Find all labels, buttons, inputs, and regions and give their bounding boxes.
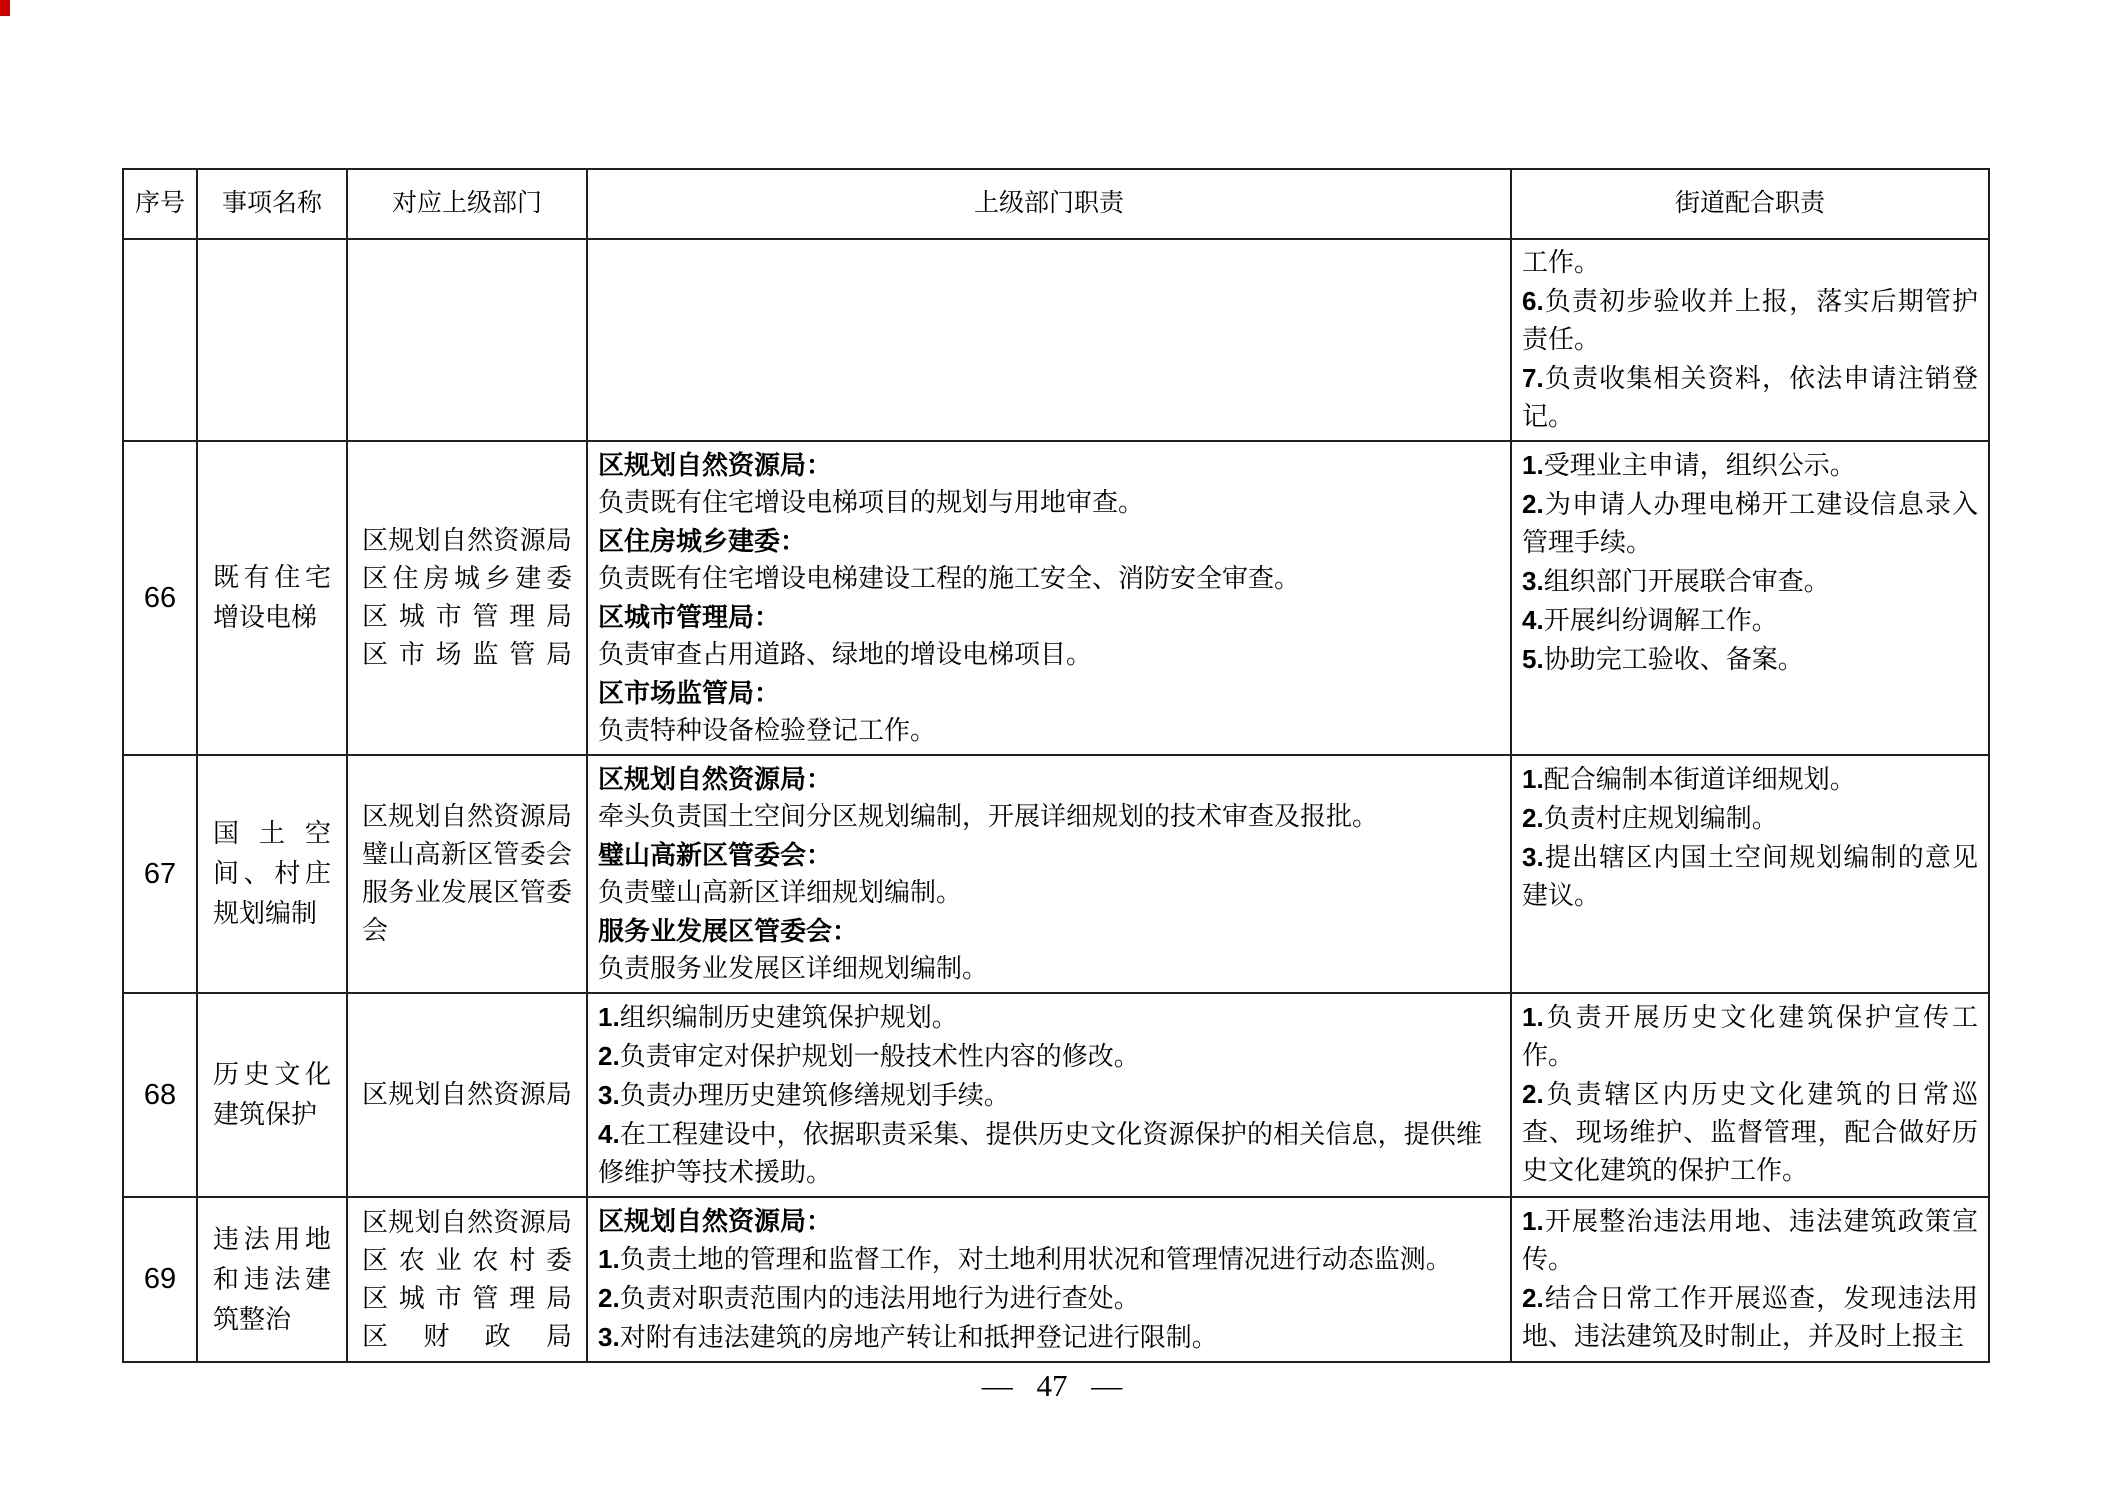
departments-cell: 区规划自然资源局区住房城乡建委区城市管理局区市场监管局 <box>347 441 587 755</box>
department-name: 区规划自然资源局 <box>362 798 572 836</box>
duty-item: 1.受理业主申请，组织公示。 <box>1522 446 1978 485</box>
duty-item-number: 1. <box>598 1002 620 1032</box>
duty-item-number: 6. <box>1522 286 1544 316</box>
duty-item-number: 5. <box>1522 644 1544 674</box>
duty-item: 2.负责村庄规划编制。 <box>1522 799 1978 838</box>
table-row: 68历史文化建筑保护区规划自然资源局1.组织编制历史建筑保护规划。2.负责审定对… <box>123 993 1989 1197</box>
duty-department-heading: 区市场监管局： <box>598 674 1482 712</box>
department-name: 璧山高新区管委会 <box>362 836 572 874</box>
duty-item: 2.负责审定对保护规划一般技术性内容的修改。 <box>598 1037 1482 1076</box>
duty-item-number: 4. <box>598 1119 620 1149</box>
duty-item: 3.组织部门开展联合审查。 <box>1522 562 1978 601</box>
duty-item-number: 3. <box>1522 566 1544 596</box>
header-superior-duties: 上级部门职责 <box>587 169 1511 239</box>
duty-item: 6.负责初步验收并上报，落实后期管护责任。 <box>1522 282 1978 359</box>
duty-item: 负责服务业发展区详细规划编制。 <box>598 950 1482 988</box>
seq-cell <box>123 239 197 441</box>
table-row: 69违法用地和违法建筑整治区规划自然资源局区农业农村委区城市管理局区财政局区规划… <box>123 1197 1989 1362</box>
duty-item: 3.负责办理历史建筑修缮规划手续。 <box>598 1076 1482 1115</box>
duty-item-number: 1. <box>1522 1002 1544 1032</box>
item-name-cell: 违法用地和违法建筑整治 <box>197 1197 347 1362</box>
duty-item: 1.开展整治违法用地、违法建筑政策宣传。 <box>1522 1202 1978 1279</box>
seq-cell: 68 <box>123 993 197 1197</box>
duty-item-number: 2. <box>598 1283 620 1313</box>
duty-item-number: 4. <box>1522 605 1544 635</box>
duty-item: 4.开展纠纷调解工作。 <box>1522 601 1978 640</box>
duty-item-number: 1. <box>1522 450 1544 480</box>
duty-item-number: 3. <box>598 1322 620 1352</box>
department-name: 区城市管理局 <box>362 598 572 636</box>
department-name: 服务业发展区管委会 <box>362 874 572 950</box>
duty-item: 工作。 <box>1522 244 1978 282</box>
department-name: 区市场监管局 <box>362 636 572 674</box>
duty-item-number: 1. <box>1522 764 1544 794</box>
department-name: 区农业农村委 <box>362 1242 572 1280</box>
duty-item: 5.协助完工验收、备案。 <box>1522 640 1978 679</box>
street-duties-cell: 1.受理业主申请，组织公示。2.为申请人办理电梯开工建设信息录入管理手续。3.组… <box>1511 441 1989 755</box>
superior-duties-cell: 区规划自然资源局：1.负责土地的管理和监督工作，对土地利用状况和管理情况进行动态… <box>587 1197 1511 1362</box>
departments-cell: 区规划自然资源局璧山高新区管委会服务业发展区管委会 <box>347 755 587 993</box>
table-header-row: 序号 事项名称 对应上级部门 上级部门职责 街道配合职责 <box>123 169 1989 239</box>
departments-cell: 区规划自然资源局 <box>347 993 587 1197</box>
superior-duties-cell: 区规划自然资源局：负责既有住宅增设电梯项目的规划与用地审查。区住房城乡建委：负责… <box>587 441 1511 755</box>
header-seq-no: 序号 <box>123 169 197 239</box>
duty-item-number: 2. <box>1522 1079 1544 1109</box>
duty-item: 2.结合日常工作开展巡查，发现违法用地、违法建筑及时制止，并及时上报主 <box>1522 1279 1978 1356</box>
duty-department-heading: 区规划自然资源局： <box>598 1202 1482 1240</box>
duty-item: 1.配合编制本街道详细规划。 <box>1522 760 1978 799</box>
duty-item: 7.负责收集相关资料，依法申请注销登记。 <box>1522 359 1978 436</box>
departments-cell <box>347 239 587 441</box>
duty-item: 3.提出辖区内国土空间规划编制的意见建议。 <box>1522 838 1978 915</box>
duty-item: 负责审查占用道路、绿地的增设电梯项目。 <box>598 636 1482 674</box>
item-name-cell: 既有住宅增设电梯 <box>197 441 347 755</box>
header-superior-department: 对应上级部门 <box>347 169 587 239</box>
seq-cell: 66 <box>123 441 197 755</box>
street-duties-cell: 1.配合编制本街道详细规划。2.负责村庄规划编制。3.提出辖区内国土空间规划编制… <box>1511 755 1989 993</box>
header-street-duties: 街道配合职责 <box>1511 169 1989 239</box>
duty-item-number: 1. <box>598 1244 620 1274</box>
duty-department-heading: 区城市管理局： <box>598 598 1482 636</box>
duty-item-number: 1. <box>1522 1206 1544 1236</box>
duty-item-number: 7. <box>1522 363 1544 393</box>
duty-item-number: 2. <box>1522 803 1544 833</box>
duty-item-number: 2. <box>1522 489 1544 519</box>
item-name-cell: 历史文化建筑保护 <box>197 993 347 1197</box>
duty-department-heading: 区规划自然资源局： <box>598 760 1482 798</box>
seq-cell: 67 <box>123 755 197 993</box>
department-name: 区规划自然资源局 <box>362 522 572 560</box>
duty-item: 负责既有住宅增设电梯项目的规划与用地审查。 <box>598 484 1482 522</box>
duty-item: 4.在工程建设中，依据职责采集、提供历史文化资源保护的相关信息，提供维修维护等技… <box>598 1115 1482 1192</box>
department-name: 区财政局 <box>362 1318 572 1356</box>
duty-item: 3.对附有违法建筑的房地产转让和抵押登记进行限制。 <box>598 1318 1482 1357</box>
superior-duties-cell: 1.组织编制历史建筑保护规划。2.负责审定对保护规划一般技术性内容的修改。3.负… <box>587 993 1511 1197</box>
duty-department-heading: 区规划自然资源局： <box>598 446 1482 484</box>
page-number: — 47 — <box>0 1368 2104 1404</box>
duty-item: 2.负责对职责范围内的违法用地行为进行查处。 <box>598 1279 1482 1318</box>
duty-item: 负责特种设备检验登记工作。 <box>598 712 1482 750</box>
duty-department-heading: 区住房城乡建委： <box>598 522 1482 560</box>
item-name-cell: 国土空间、村庄规划编制 <box>197 755 347 993</box>
duty-item: 1.负责土地的管理和监督工作，对土地利用状况和管理情况进行动态监测。 <box>598 1240 1482 1279</box>
duty-department-heading: 璧山高新区管委会： <box>598 836 1482 874</box>
header-item-name: 事项名称 <box>197 169 347 239</box>
department-name: 区住房城乡建委 <box>362 560 572 598</box>
duty-department-heading: 服务业发展区管委会： <box>598 912 1482 950</box>
duty-item: 负责既有住宅增设电梯建设工程的施工安全、消防安全审查。 <box>598 560 1482 598</box>
duty-item-number: 3. <box>1522 842 1544 872</box>
duties-table: 序号 事项名称 对应上级部门 上级部门职责 街道配合职责 工作。6.负责初步验收… <box>122 168 1990 1363</box>
table-row: 67国土空间、村庄规划编制区规划自然资源局璧山高新区管委会服务业发展区管委会区规… <box>123 755 1989 993</box>
duty-item-number: 2. <box>1522 1283 1544 1313</box>
seq-cell: 69 <box>123 1197 197 1362</box>
superior-duties-cell: 区规划自然资源局：牵头负责国土空间分区规划编制，开展详细规划的技术审查及报批。璧… <box>587 755 1511 993</box>
duty-item: 1.负责开展历史文化建筑保护宣传工作。 <box>1522 998 1978 1075</box>
departments-cell: 区规划自然资源局区农业农村委区城市管理局区财政局 <box>347 1197 587 1362</box>
table-row: 工作。6.负责初步验收并上报，落实后期管护责任。7.负责收集相关资料，依法申请注… <box>123 239 1989 441</box>
department-name: 区城市管理局 <box>362 1280 572 1318</box>
duty-item: 1.组织编制历史建筑保护规划。 <box>598 998 1482 1037</box>
duty-item-number: 2. <box>598 1041 620 1071</box>
street-duties-cell: 1.负责开展历史文化建筑保护宣传工作。2.负责辖区内历史文化建筑的日常巡查、现场… <box>1511 993 1989 1197</box>
street-duties-cell: 工作。6.负责初步验收并上报，落实后期管护责任。7.负责收集相关资料，依法申请注… <box>1511 239 1989 441</box>
department-name: 区规划自然资源局 <box>362 1204 572 1242</box>
duty-item: 2.为申请人办理电梯开工建设信息录入管理手续。 <box>1522 485 1978 562</box>
street-duties-cell: 1.开展整治违法用地、违法建筑政策宣传。2.结合日常工作开展巡查，发现违法用地、… <box>1511 1197 1989 1362</box>
duty-item: 牵头负责国土空间分区规划编制，开展详细规划的技术审查及报批。 <box>598 798 1482 836</box>
red-corner-mark <box>0 0 10 16</box>
duty-item: 2.负责辖区内历史文化建筑的日常巡查、现场维护、监督管理，配合做好历史文化建筑的… <box>1522 1075 1978 1190</box>
table-body: 工作。6.负责初步验收并上报，落实后期管护责任。7.负责收集相关资料，依法申请注… <box>123 239 1989 1362</box>
department-name: 区规划自然资源局 <box>362 1076 572 1114</box>
table-row: 66既有住宅增设电梯区规划自然资源局区住房城乡建委区城市管理局区市场监管局区规划… <box>123 441 1989 755</box>
duty-item: 负责璧山高新区详细规划编制。 <box>598 874 1482 912</box>
superior-duties-cell <box>587 239 1511 441</box>
item-name-cell <box>197 239 347 441</box>
duty-item-number: 3. <box>598 1080 620 1110</box>
